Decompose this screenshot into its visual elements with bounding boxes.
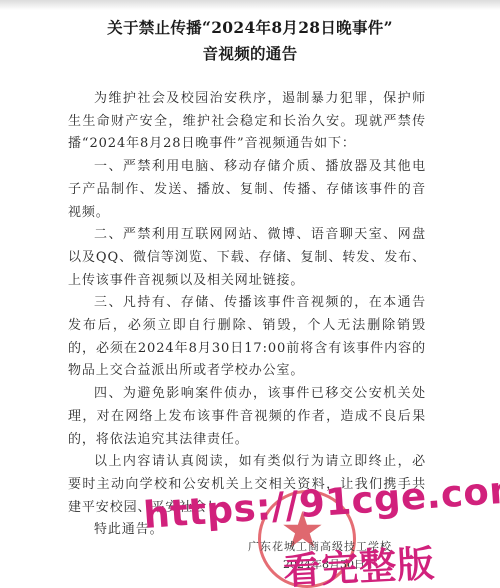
top-shadow (0, 0, 500, 10)
paragraph-intro: 为维护社会及校园治安秩序，遏制暴力犯罪，保护师生生命财产安全，维护社会稳定和长治… (68, 88, 426, 156)
watermark-cta[interactable]: 看完整版 (282, 533, 437, 588)
paragraph-item-3: 三、凡持有、存储、传播该事件音视频的，在本通告发布后，必须立即自行删除、销毁，个… (68, 292, 426, 383)
paragraph-item-2: 二、严禁利用互联网网站、微博、语音聊天室、网盘以及QQ、微信等浏览、下载、存储、… (68, 224, 426, 292)
notice-body: 为维护社会及校园治安秩序，遏制暴力犯罪，保护师生生命财产安全，维护社会稳定和长治… (68, 88, 426, 542)
notice-title-line-1: 关于禁止传播“2024年8月28日晚事件” (0, 16, 500, 38)
paragraph-item-4: 四、为避免影响案件侦办，该事件已移交公安机关处理，对在网络上发布该事件音视频的作… (68, 383, 426, 451)
paragraph-item-1: 一、严禁利用电脑、移动存储介质、播放器及其他电子产品制作、发送、播放、复制、传播… (68, 156, 426, 224)
notice-title-line-2: 音视频的通告 (0, 42, 500, 64)
